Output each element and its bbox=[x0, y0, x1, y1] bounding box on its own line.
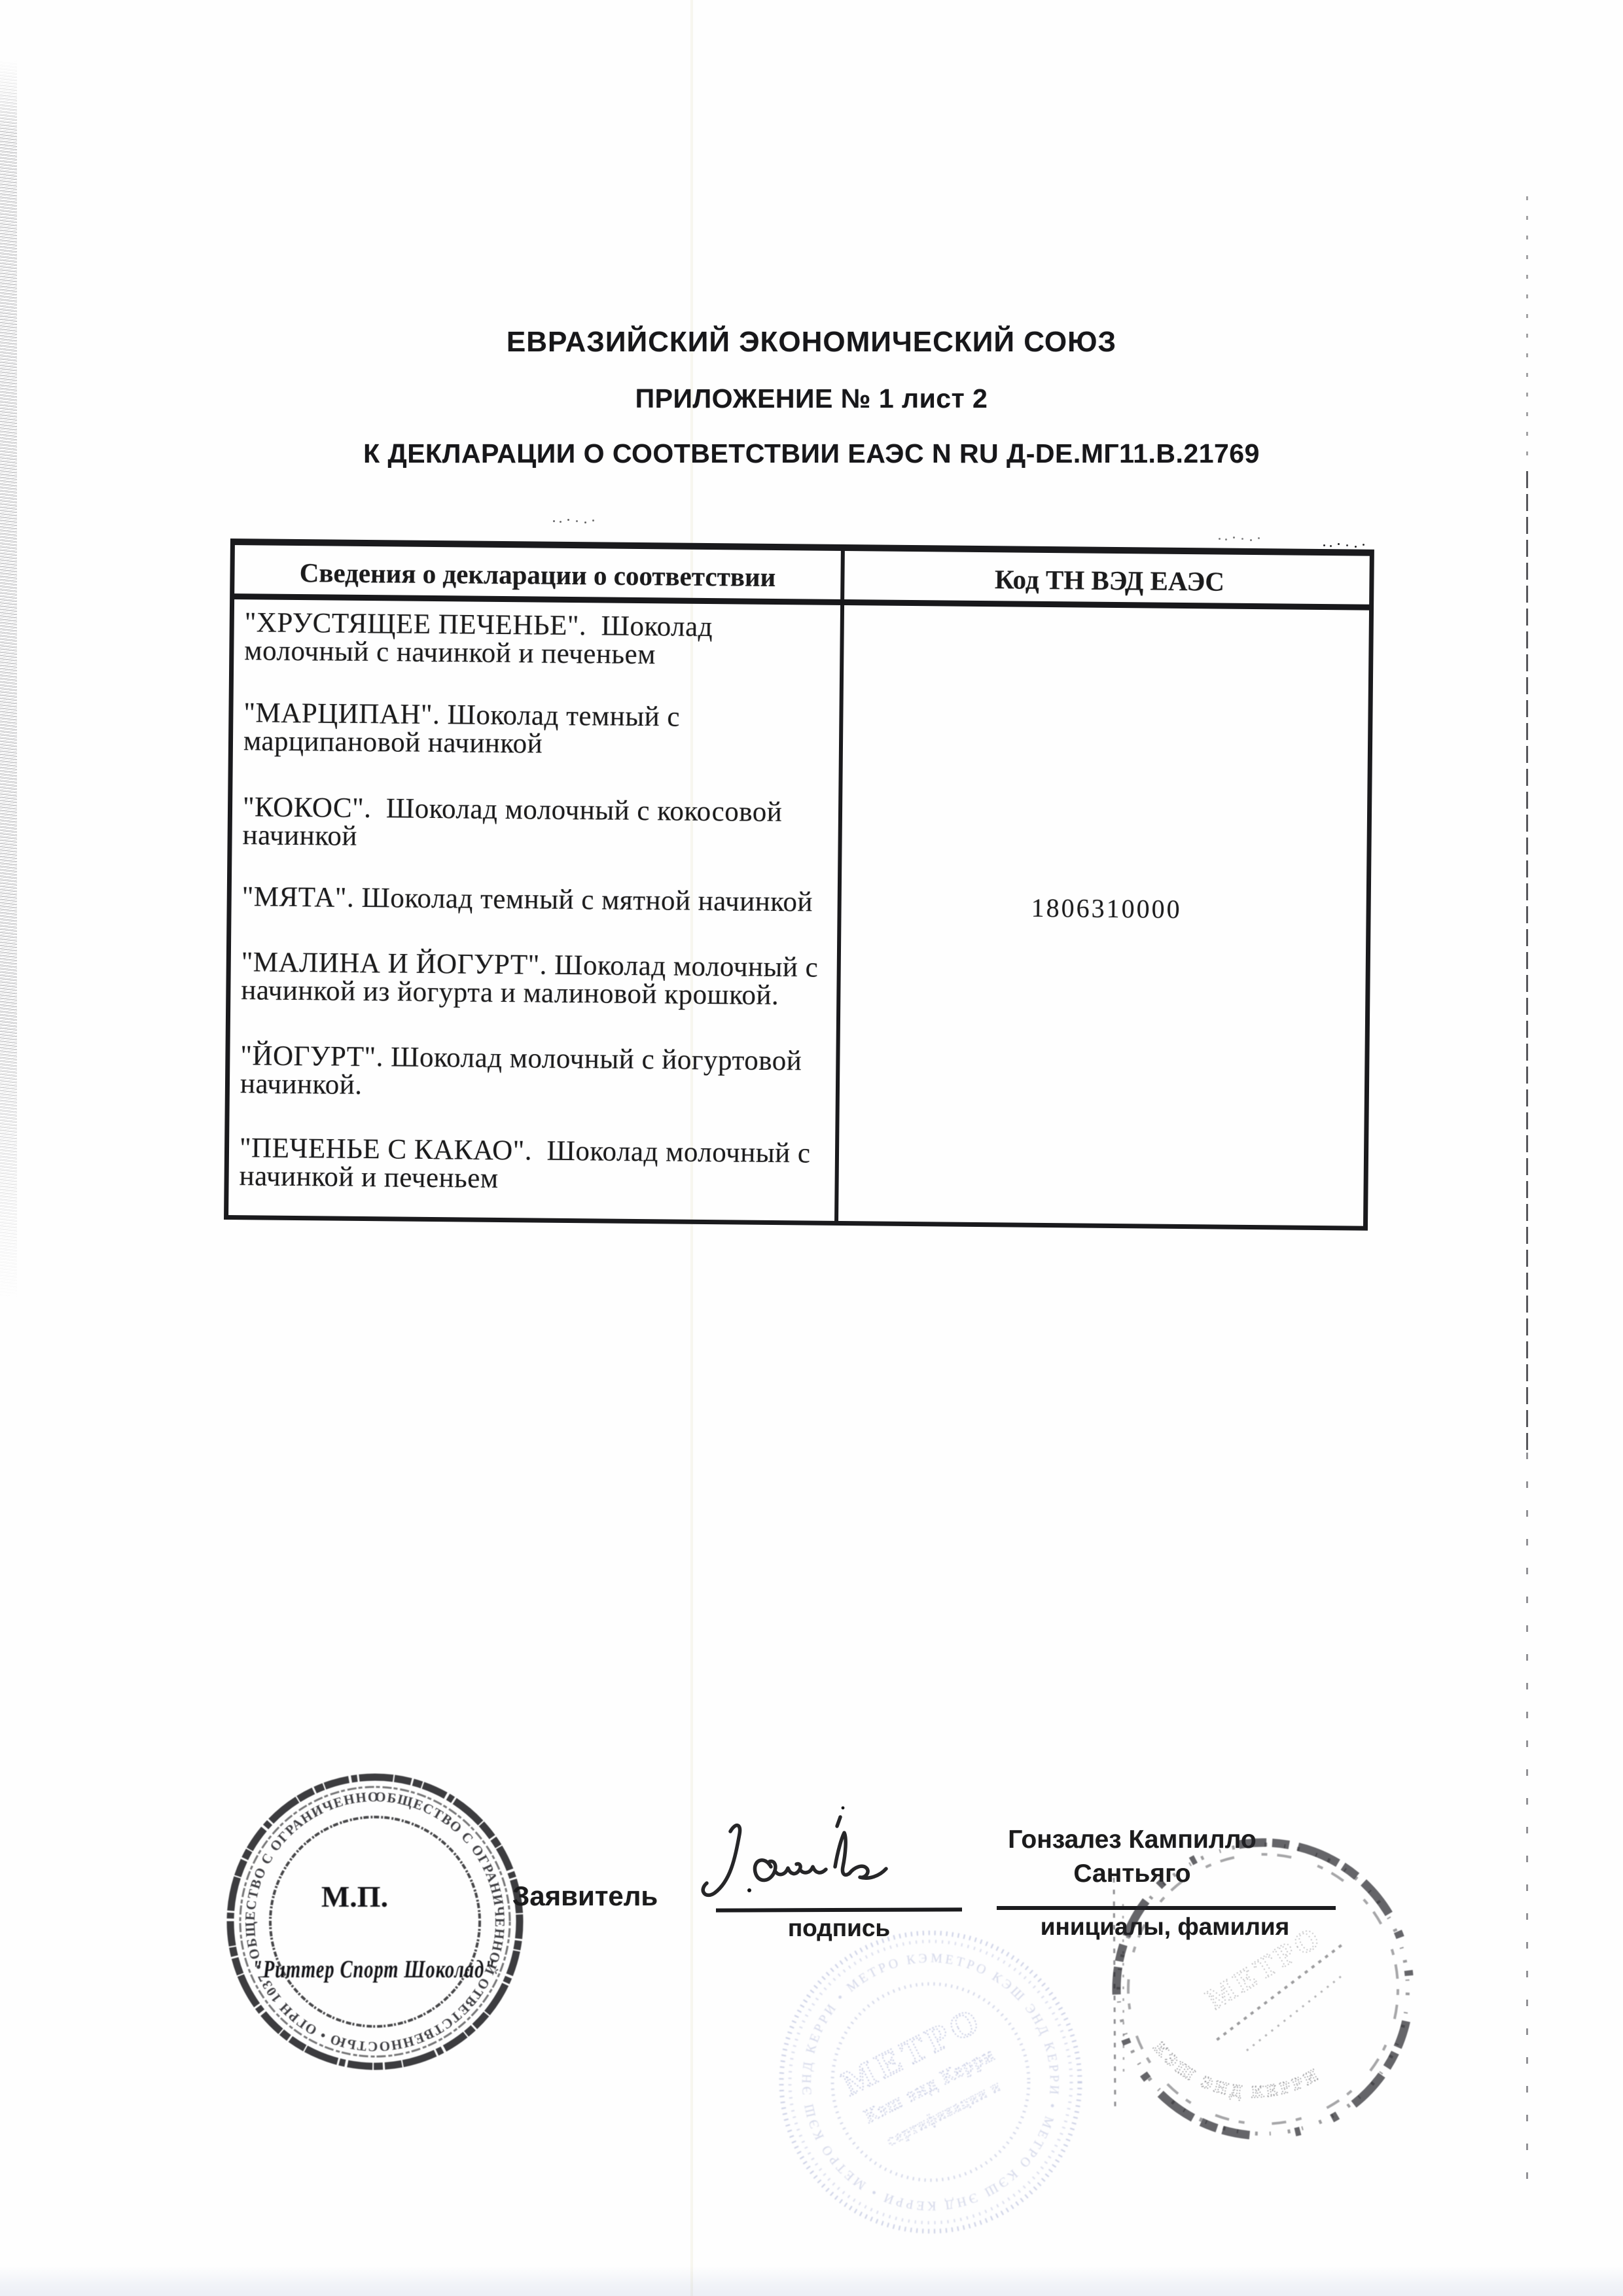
signature-dot bbox=[747, 1888, 751, 1892]
table-header-info: Сведения о декларации о соответствии bbox=[234, 557, 840, 593]
scanned-document-page: ЕВРАЗИЙСКИЙ ЭКОНОМИЧЕСКИЙ СОЮЗ ПРИЛОЖЕНИ… bbox=[0, 0, 1623, 2296]
annex-subtitle: ПРИЛОЖЕНИЕ № 1 лист 2 bbox=[0, 383, 1623, 414]
seal-outer-ring bbox=[230, 1777, 520, 2066]
stamp-vertical-streak bbox=[1123, 1904, 1124, 2081]
conformity-table: Сведения о декларации о соответствии Код… bbox=[224, 539, 1374, 1231]
applicant-label: Заявитель bbox=[512, 1881, 658, 1912]
certification-stamp: КЭШ ЭНД КЕРРИ МЕТРО bbox=[1106, 1832, 1420, 2146]
table-header-code: Код ТН ВЭД ЕАЭС bbox=[844, 563, 1374, 598]
seal-mp-label: М.П. bbox=[321, 1880, 388, 1913]
scan-specks bbox=[1219, 538, 1221, 540]
company-seal: ОБЩЕСТВО С ОГРАНИЧЕННОЙ ОТВЕТСТВЕННОСТЬЮ… bbox=[221, 1768, 529, 2075]
scan-noise-left-edge bbox=[0, 59, 17, 1302]
product-row-mint: "МЯТА". Шоколад темный с мятной начинкой bbox=[241, 883, 825, 945]
product-row-raspberry-yogurt: "МАЛИНА И ЙОГУРТ". Шоколад молочный с на… bbox=[241, 948, 824, 1010]
row-line: марципановой начинкой bbox=[243, 727, 826, 761]
scan-specks bbox=[1323, 544, 1325, 546]
declaration-number-line: К ДЕКЛАРАЦИИ О СООТВЕТСТВИИ ЕАЭС N RU Д-… bbox=[0, 438, 1623, 469]
scan-dashed-line-middle bbox=[1526, 471, 1528, 1453]
signature-dot bbox=[842, 1807, 845, 1810]
scan-bottom-tint bbox=[0, 2266, 1623, 2296]
document-title: ЕВРАЗИЙСКИЙ ЭКОНОМИЧЕСКИЙ СОЮЗ bbox=[0, 326, 1623, 359]
scan-specks bbox=[553, 520, 555, 522]
seal-company-name: "Риттер Спорт Шоколад" bbox=[252, 1956, 495, 1983]
scan-dashed-line-bottom bbox=[1526, 1453, 1528, 2179]
metro-stamp: МЕТРО КЭШ ЭНД КЕРРИ • МЕТРО КЭШ ЭНД КЕРР… bbox=[774, 1925, 1088, 2239]
product-row-coconut: "КОКОС". Шоколад молочный с кокосовой на… bbox=[242, 793, 825, 855]
product-row-cocoa-cookie: "ПЕЧЕНЬЕ С КАКАО". Шоколад молочный с на… bbox=[239, 1134, 822, 1196]
seal-outer-ring-2 bbox=[240, 1787, 510, 2057]
row-line: "МЯТА". Шоколад темный с мятной начинкой bbox=[242, 883, 825, 917]
table-column-divider bbox=[834, 551, 845, 1221]
product-row-yogurt: "ЙОГУРТ". Шоколад молочный с йогуртовой … bbox=[240, 1042, 823, 1104]
row-line: начинкой из йогурта и малиновой крошкой. bbox=[241, 976, 823, 1010]
handwritten-signature bbox=[687, 1803, 936, 1920]
seal-inner-ring bbox=[270, 1817, 480, 2026]
product-row-marzipan: "МАРЦИПАН". Шоколад темный с марципаново… bbox=[243, 699, 827, 761]
tnved-code: 1806310000 bbox=[841, 891, 1371, 927]
row-line: молочный с начинкой и печеньем bbox=[244, 637, 827, 671]
product-row-crispy-cookie: "ХРУСТЯЩЕЕ ПЕЧЕНЬЕ". Шоколад молочный с … bbox=[244, 609, 827, 671]
